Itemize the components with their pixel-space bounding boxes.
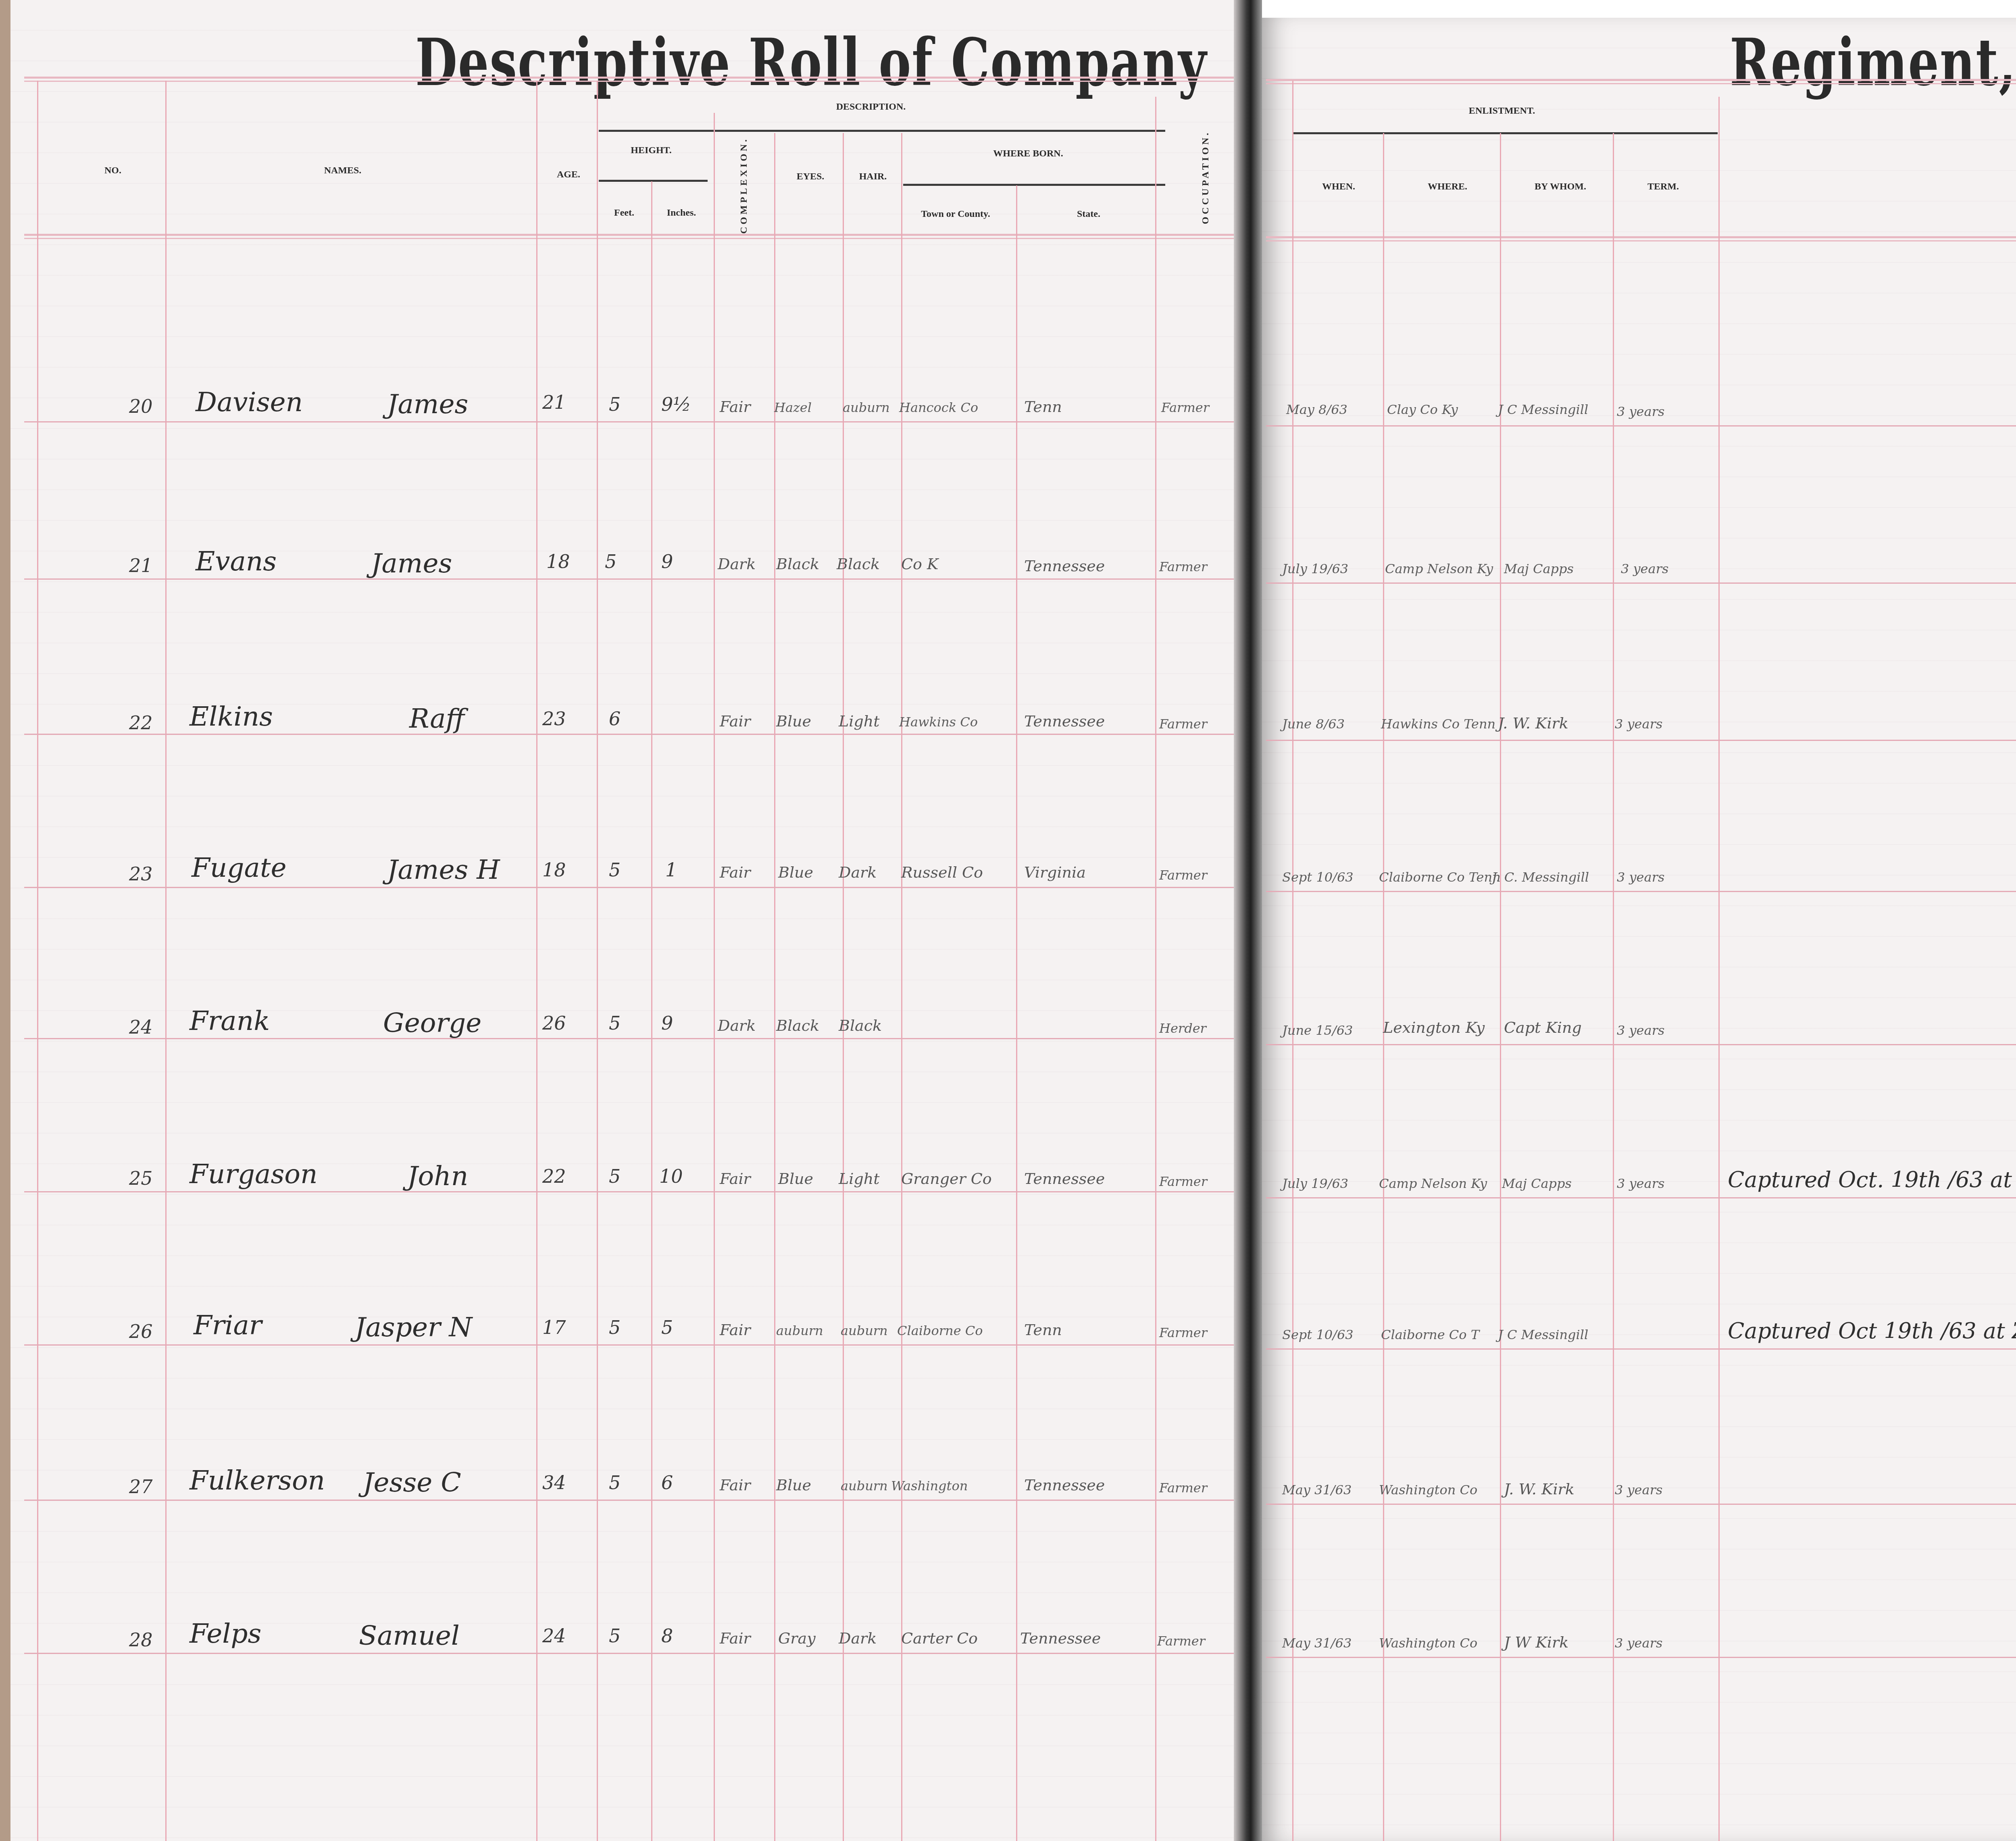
row-complexion: Fair <box>720 399 751 414</box>
row-given-name: Raff <box>409 705 464 732</box>
row-rule <box>24 1500 1234 1501</box>
row-when: June 15/63 <box>1282 1024 1353 1037</box>
header-when: WHEN. <box>1322 181 1355 192</box>
row-rule <box>1266 582 2016 584</box>
row-feet: 5 <box>609 861 621 879</box>
header-feet: Feet. <box>614 208 634 218</box>
row-by-whom: J. C. Messingill <box>1492 871 1589 884</box>
row-state: Tennessee <box>1024 1477 1105 1493</box>
row-given-name: James <box>387 391 468 418</box>
row-term: 3 years <box>1617 1024 1664 1037</box>
row-where: Camp Nelson Ky <box>1385 562 1493 575</box>
row-by-whom: J. W. Kirk <box>1504 1481 1574 1497</box>
header-top-rule <box>24 77 1234 82</box>
height-divider <box>599 180 708 182</box>
header-term: TERM. <box>1647 181 1679 192</box>
row-rule <box>1266 1657 2016 1658</box>
row-when: May 31/63 <box>1282 1637 1352 1650</box>
row-term: 3 years <box>1621 562 1668 575</box>
header-names: NAMES. <box>324 165 362 176</box>
header-by-whom: BY WHOM. <box>1535 181 1586 192</box>
row-hair: auburn <box>841 1479 888 1492</box>
col-rule <box>1718 97 1720 1841</box>
col-rule <box>1016 185 1017 1841</box>
row-rule <box>24 1653 1234 1654</box>
row-complexion: Fair <box>720 1477 751 1493</box>
row-surname: Fugate <box>192 855 286 881</box>
header-height: HEIGHT. <box>631 145 672 156</box>
row-rule <box>1266 1504 2016 1505</box>
header-top-rule-right <box>1266 79 2016 84</box>
row-feet: 5 <box>609 1014 621 1032</box>
row-state: Tenn <box>1024 399 1062 414</box>
row-state: Tennessee <box>1024 558 1105 574</box>
header-eyes: EYES. <box>797 171 825 182</box>
row-eyes: Hazel <box>774 401 812 414</box>
row-age: 34 <box>542 1473 566 1492</box>
row-complexion: Fair <box>720 714 751 729</box>
row-feet: 5 <box>609 1318 621 1337</box>
row-occupation: Farmer <box>1161 401 1209 414</box>
row-eyes: Blue <box>776 1477 811 1493</box>
row-rule <box>24 421 1234 422</box>
header-bottom-rule <box>24 234 1234 239</box>
row-surname: Felps <box>190 1620 261 1647</box>
header-no: NO. <box>104 165 121 176</box>
row-surname: Friar <box>194 1312 262 1339</box>
row-where: Hawkins Co Tenn <box>1381 718 1495 730</box>
row-given-name: Jesse C <box>363 1469 461 1496</box>
header-state: State. <box>1077 209 1100 220</box>
row-term: 3 years <box>1617 1177 1664 1190</box>
header-town-or-county: Town or County. <box>921 209 990 220</box>
row-by-whom: Maj Capps <box>1504 562 1574 575</box>
row-hair: Black <box>839 1018 882 1033</box>
row-remarks: Captured Oct. 19th /63 at Zollicoffer Te… <box>1728 1169 2016 1191</box>
header-description: DESCRIPTION. <box>836 102 906 112</box>
right-page-title: Regiment, U. S. <box>1730 24 2016 101</box>
row-town: Carter Co <box>901 1631 978 1646</box>
row-rule <box>1266 891 2016 892</box>
row-hair: Dark <box>839 1631 877 1646</box>
row-age: 26 <box>542 1014 566 1032</box>
col-rule <box>165 81 167 1841</box>
header-age: AGE. <box>557 169 580 180</box>
header-complexion: COMPLEXION. <box>739 137 750 234</box>
row-term: 3 years <box>1615 1637 1662 1650</box>
row-no: 28 <box>129 1631 153 1649</box>
row-where: Clay Co Ky <box>1387 403 1458 416</box>
row-feet: 6 <box>609 709 621 728</box>
row-age: 17 <box>542 1318 566 1337</box>
row-where: Camp Nelson Ky <box>1379 1177 1487 1190</box>
row-no: 26 <box>129 1322 153 1341</box>
col-rule <box>1500 133 1501 1841</box>
row-where: Washington Co <box>1379 1483 1477 1496</box>
scan-margin <box>1262 0 2016 18</box>
row-feet: 5 <box>609 1627 621 1645</box>
row-eyes: Blue <box>776 714 811 729</box>
left-page-title: Descriptive Roll of Company <box>415 24 1207 101</box>
row-town: Hancock Co <box>899 401 978 414</box>
col-rule <box>1292 81 1293 1841</box>
book-gutter <box>1234 0 1262 1841</box>
row-rule <box>24 1191 1234 1192</box>
row-surname: Elkins <box>190 703 273 730</box>
header-occupation: OCCUPATION. <box>1200 131 1211 224</box>
row-age: 21 <box>542 393 566 412</box>
row-complexion: Fair <box>720 1171 751 1186</box>
row-by-whom: J W Kirk <box>1504 1635 1568 1650</box>
row-feet: 5 <box>605 552 616 571</box>
row-town: Washington <box>891 1479 968 1492</box>
col-rule <box>774 133 775 1841</box>
row-surname: Furgason <box>190 1161 318 1188</box>
row-age: 24 <box>542 1627 566 1645</box>
row-surname: Evans <box>196 548 277 575</box>
row-when: Sept 10/63 <box>1282 871 1354 884</box>
row-no: 22 <box>129 714 153 732</box>
row-rule <box>1266 740 2016 741</box>
header-where: WHERE. <box>1428 181 1467 192</box>
row-hair: auburn <box>843 401 890 414</box>
row-no: 20 <box>129 397 153 416</box>
row-occupation: Farmer <box>1159 718 1207 730</box>
row-state: Tennessee <box>1020 1631 1101 1646</box>
row-occupation: Farmer <box>1157 1635 1205 1648</box>
row-eyes: Gray <box>778 1631 816 1646</box>
col-rule <box>901 133 902 1841</box>
row-hair: Dark <box>839 865 877 880</box>
row-occupation: Farmer <box>1159 1326 1207 1339</box>
row-occupation: Farmer <box>1159 869 1207 882</box>
row-no: 24 <box>129 1018 153 1036</box>
row-no: 23 <box>129 865 153 883</box>
row-complexion: Fair <box>720 865 751 880</box>
row-no: 27 <box>129 1477 153 1496</box>
col-rule <box>1383 133 1384 1841</box>
row-when: July 19/63 <box>1282 562 1348 575</box>
header-bottom-rule-right <box>1266 236 2016 241</box>
row-inches: 9 <box>661 1014 673 1032</box>
row-feet: 5 <box>609 395 621 414</box>
row-age: 18 <box>542 861 566 879</box>
row-feet: 5 <box>609 1167 621 1186</box>
row-inches: 6 <box>661 1473 673 1492</box>
col-rule <box>651 181 652 1841</box>
row-by-whom: Capt King <box>1504 1020 1582 1035</box>
row-when: May 8/63 <box>1286 403 1347 416</box>
row-inches: 9½ <box>661 395 691 414</box>
row-by-whom: Maj Capps <box>1502 1177 1572 1190</box>
header-inches: Inches. <box>667 208 696 218</box>
row-rule <box>24 578 1234 580</box>
row-where: Claiborne Co T <box>1381 1328 1479 1341</box>
row-complexion: Fair <box>720 1322 751 1338</box>
row-inches: 1 <box>665 861 677 879</box>
row-rule <box>1266 1348 2016 1350</box>
row-given-name: John <box>407 1163 468 1190</box>
row-inches: 5 <box>661 1318 673 1337</box>
row-occupation: Farmer <box>1159 560 1207 573</box>
row-eyes: auburn <box>776 1324 823 1337</box>
row-rule <box>24 1038 1234 1039</box>
row-rule <box>24 734 1234 735</box>
header-enlistment: ENLISTMENT. <box>1469 106 1535 116</box>
row-eyes: Blue <box>778 1171 813 1186</box>
left-page <box>0 0 1246 1841</box>
row-age: 23 <box>542 709 566 728</box>
row-hair: Light <box>839 714 879 729</box>
col-rule <box>37 81 38 1841</box>
row-by-whom: J C Messingill <box>1498 1328 1588 1341</box>
row-term: 3 years <box>1615 1483 1662 1496</box>
row-rule <box>24 887 1234 888</box>
row-remarks: Captured Oct 19th /63 at Zollicoffer Ten… <box>1728 1320 2016 1342</box>
row-term: 3 years <box>1615 718 1662 730</box>
row-eyes: Blue <box>778 865 813 880</box>
row-hair: Light <box>839 1171 879 1186</box>
col-rule <box>714 113 715 1841</box>
row-town: Russell Co <box>901 865 983 880</box>
row-given-name: James H <box>387 857 500 883</box>
row-eyes: Black <box>776 556 819 572</box>
row-when: July 19/63 <box>1282 1177 1348 1190</box>
row-given-name: Jasper N <box>355 1314 472 1341</box>
row-by-whom: J. W. Kirk <box>1498 716 1568 731</box>
row-when: Sept 10/63 <box>1282 1328 1354 1341</box>
row-occupation: Farmer <box>1159 1175 1207 1188</box>
row-hair: auburn <box>841 1324 888 1337</box>
row-state: Virginia <box>1024 865 1086 880</box>
row-inches: 10 <box>659 1167 683 1186</box>
col-rule <box>597 81 598 1841</box>
description-divider <box>599 130 1165 132</box>
col-rule <box>843 133 844 1841</box>
row-term: 3 years <box>1617 871 1664 884</box>
row-when: May 31/63 <box>1282 1483 1352 1496</box>
row-eyes: Black <box>776 1018 819 1033</box>
row-by-whom: J C Messingill <box>1498 403 1588 416</box>
row-occupation: Farmer <box>1159 1481 1207 1494</box>
enlistment-divider <box>1292 132 1718 134</box>
row-state: Tennessee <box>1024 1171 1105 1186</box>
col-rule <box>1155 97 1156 1841</box>
row-occupation: Herder <box>1159 1022 1206 1035</box>
row-where: Washington Co <box>1379 1637 1477 1650</box>
row-surname: Davisen <box>196 389 303 416</box>
row-feet: 5 <box>609 1473 621 1492</box>
row-where: Lexington Ky <box>1383 1020 1485 1035</box>
row-given-name: Samuel <box>359 1623 460 1649</box>
row-state: Tenn <box>1024 1322 1062 1338</box>
row-age: 22 <box>542 1167 566 1186</box>
row-term: 3 years <box>1617 405 1664 418</box>
row-hair: Black <box>837 556 880 572</box>
row-state: Tennessee <box>1024 714 1105 729</box>
row-where: Claiborne Co Tenn <box>1379 871 1501 884</box>
row-complexion: Fair <box>720 1631 751 1646</box>
row-town: Co K <box>901 556 938 572</box>
row-town: Claiborne Co <box>897 1324 983 1337</box>
row-no: 21 <box>129 556 153 575</box>
row-age: 18 <box>546 552 570 571</box>
row-surname: Fulkerson <box>190 1467 325 1494</box>
row-town: Granger Co <box>901 1171 992 1186</box>
row-when: June 8/63 <box>1282 718 1345 730</box>
row-surname: Frank <box>190 1008 270 1034</box>
row-town: Hawkins Co <box>899 716 978 728</box>
row-inches: 9 <box>661 552 673 571</box>
row-given-name: James <box>371 550 452 577</box>
row-rule <box>1266 1044 2016 1045</box>
row-complexion: Dark <box>718 556 756 572</box>
row-inches: 8 <box>661 1627 673 1645</box>
right-page <box>1257 18 2016 1841</box>
header-where-born: WHERE BORN. <box>993 148 1063 159</box>
row-rule <box>1266 1197 2016 1198</box>
row-rule <box>24 1344 1234 1346</box>
header-hair: HAIR. <box>859 171 887 182</box>
where-born-divider <box>903 184 1165 186</box>
row-complexion: Dark <box>718 1018 756 1033</box>
row-given-name: George <box>383 1010 481 1036</box>
row-rule <box>1266 425 2016 426</box>
row-no: 25 <box>129 1169 153 1188</box>
col-rule <box>536 81 537 1841</box>
col-rule <box>1613 133 1614 1841</box>
